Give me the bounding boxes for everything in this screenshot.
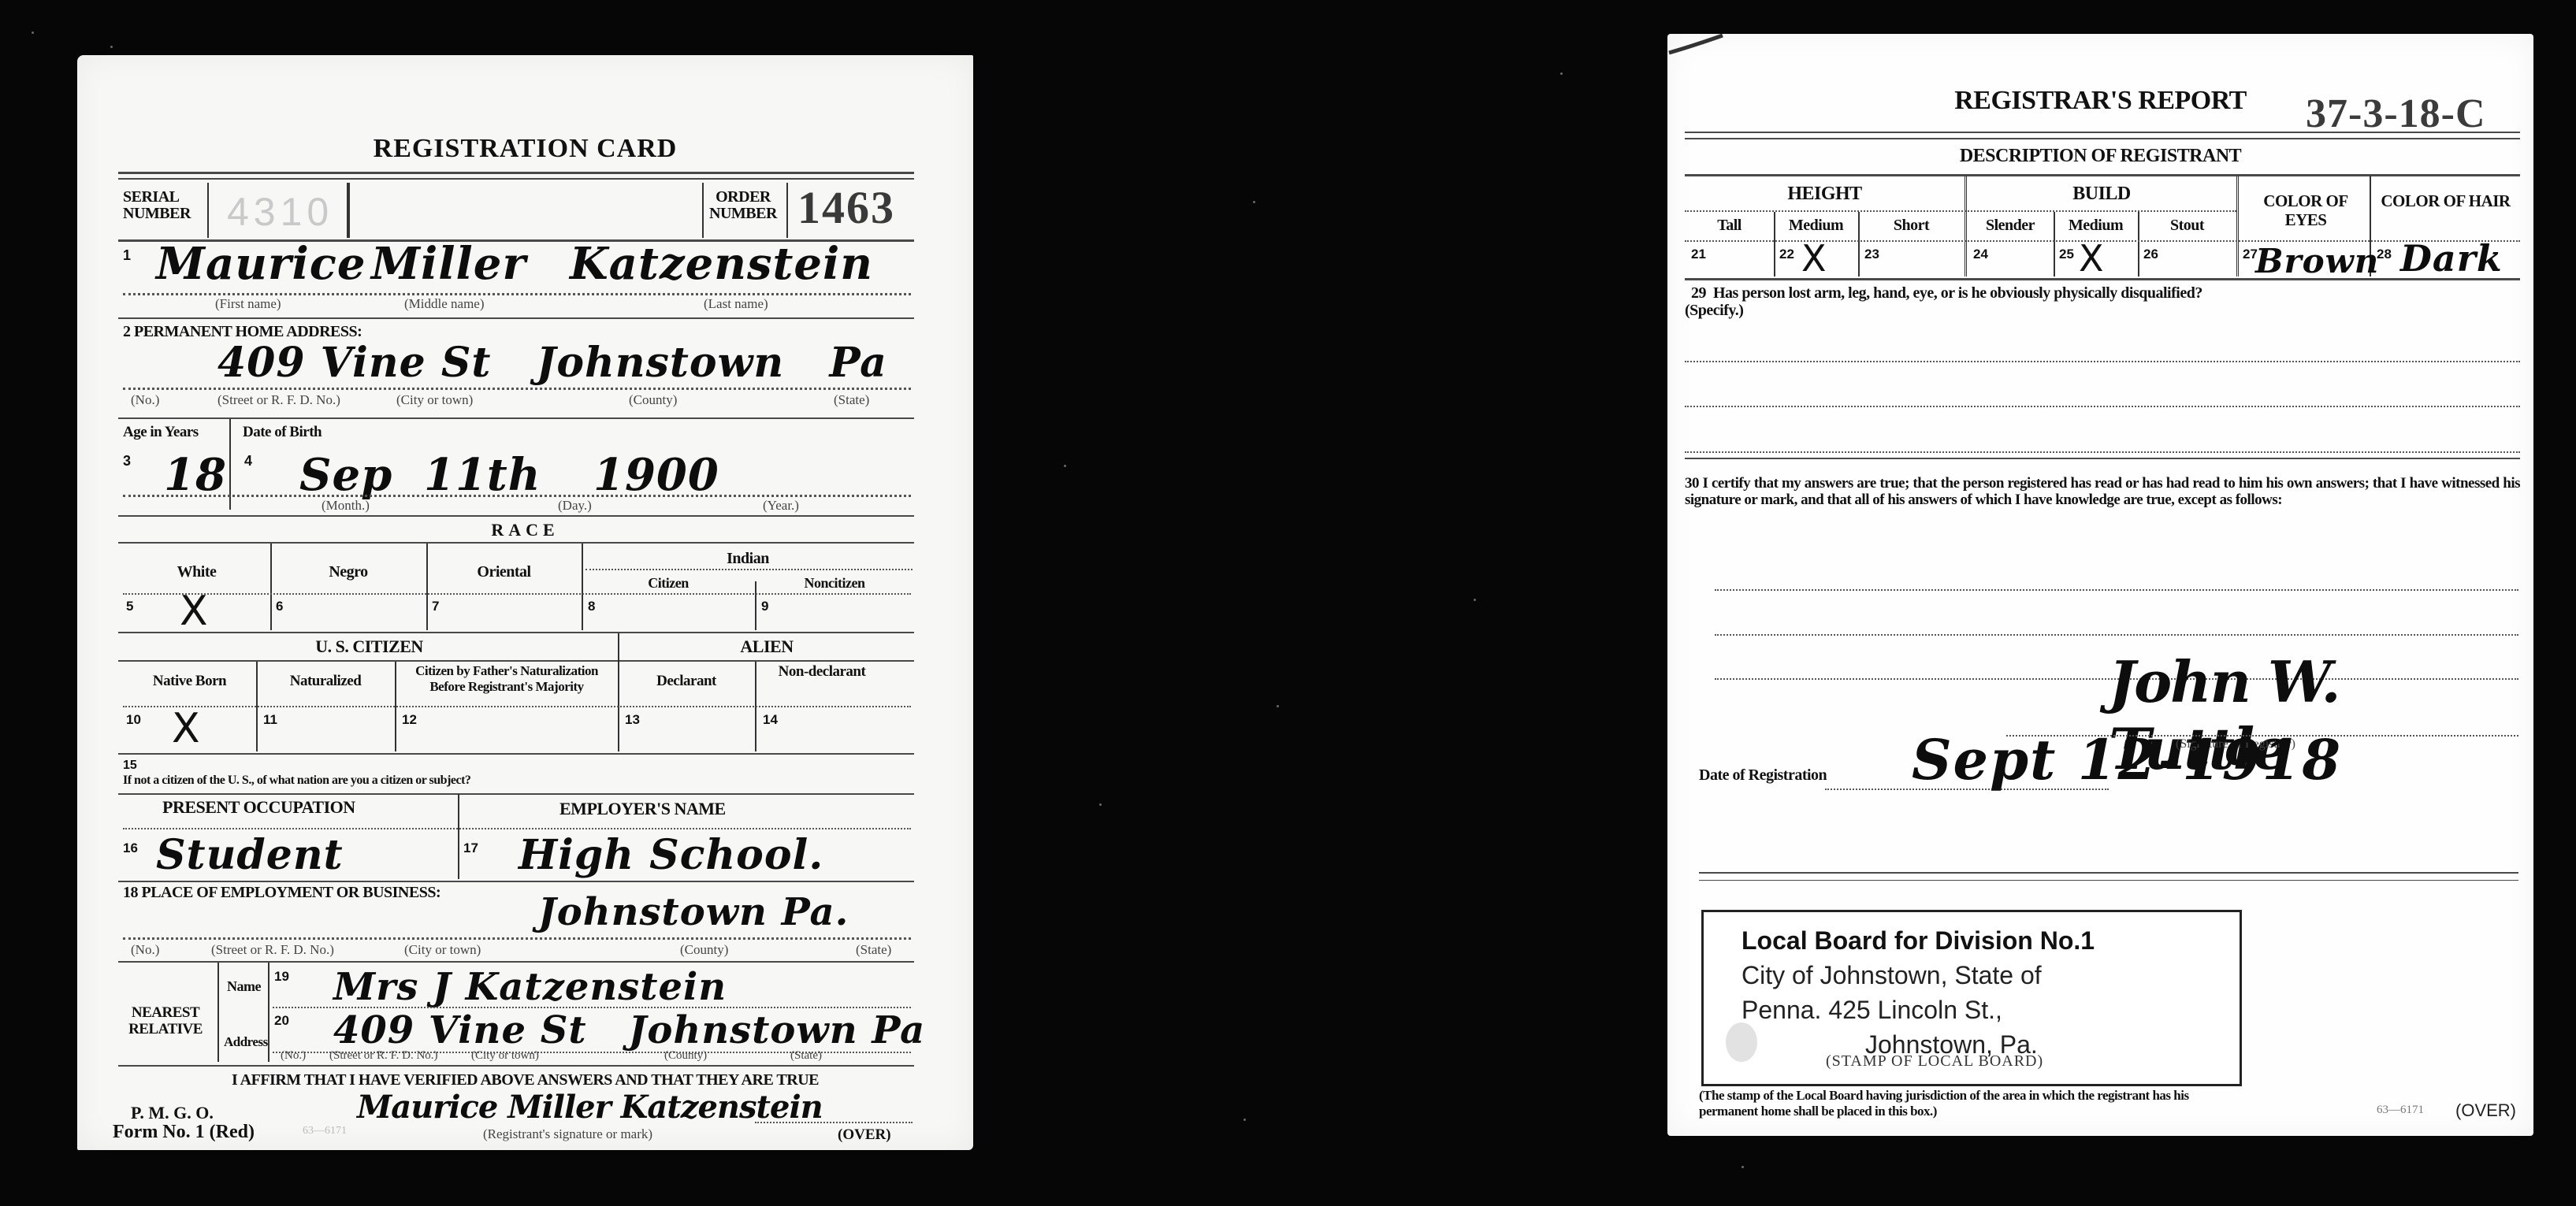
height-medium-checkmark: X: [1801, 237, 1827, 280]
background-speck: [1277, 705, 1279, 707]
race-indian-label: Indian: [582, 550, 914, 568]
field-number-28: 28: [2377, 247, 2392, 262]
description-title: DESCRIPTION OF REGISTRANT: [1667, 146, 2533, 167]
field-number-8: 8: [588, 599, 595, 614]
nationality-question: If not a citizen of the U. S., of what n…: [123, 774, 470, 788]
hair-color-value: Dark: [2400, 237, 2503, 280]
home-address-value: 409 Vine St Johnstown Pa: [217, 339, 887, 387]
first-name-label: (First name): [215, 296, 281, 312]
field-29-specify: (Specify.): [1685, 302, 1743, 320]
native-born-label: Native Born: [123, 673, 256, 690]
field-number-22: 22: [1779, 247, 1794, 262]
field-number-17: 17: [463, 840, 478, 856]
over-label: (OVER): [838, 1126, 891, 1144]
order-number-label: ORDER NUMBER: [708, 189, 779, 222]
field-number-15: 15: [123, 759, 137, 773]
corner-curl-mark: [1667, 34, 1762, 65]
age-value: 18: [164, 449, 227, 501]
field-number-14: 14: [763, 712, 778, 728]
naturalized-label: Naturalized: [256, 673, 395, 690]
alien-title: ALIEN: [619, 636, 914, 657]
field-number-16: 16: [123, 840, 138, 856]
stamp-number: 37-3-18-C: [2306, 91, 2486, 137]
dob-sublabel-year: (Year.): [763, 498, 799, 514]
dob-month-value: Sep: [299, 449, 392, 501]
address-sublabel-state: (State): [834, 392, 869, 408]
print-code: 63—6171: [303, 1125, 347, 1137]
build-slender-label: Slender: [1967, 217, 2054, 235]
build-medium-label: Medium: [2054, 217, 2138, 235]
dob-year-value: 1900: [593, 449, 719, 501]
field-number-19: 19: [274, 969, 289, 985]
registration-card: REGISTRATION CARD SERIAL NUMBER 4310 ORD…: [77, 55, 973, 1150]
build-stout-label: Stout: [2138, 217, 2236, 235]
field-30-certification: 30 I certify that my answers are true; t…: [1685, 475, 2520, 508]
race-title: RACE: [77, 520, 973, 540]
order-number-value: 1463: [797, 181, 895, 234]
relative-sublabel-city: (City or town): [471, 1049, 539, 1063]
background-speck: [1741, 1166, 1744, 1168]
background-speck: [1064, 465, 1066, 467]
middle-name-label: (Middle name): [404, 296, 485, 312]
field-number-3: 3: [123, 453, 131, 469]
serial-number-label: SERIAL NUMBER: [123, 189, 202, 222]
stamp-note: (The stamp of the Local Board having jur…: [1699, 1088, 2251, 1119]
dob-day-value: 11th: [424, 449, 541, 501]
age-label: Age in Years: [123, 424, 199, 441]
race-white-checkmark: X: [180, 588, 208, 635]
field-number-10: 10: [126, 712, 141, 728]
field-number-11: 11: [263, 712, 277, 728]
field-29-question: 29 Has person lost arm, leg, hand, eye, …: [1691, 284, 2202, 302]
background-speck: [32, 32, 34, 34]
field-number-23: 23: [1864, 247, 1879, 262]
citizen-by-father-label: Citizen by Father's Naturalization Befor…: [400, 663, 613, 695]
employment-sublabel-city: (City or town): [404, 942, 481, 958]
relative-sublabel-state: (State): [790, 1049, 822, 1063]
relative-address-label: Address: [224, 1034, 268, 1050]
address-sublabel-city: (City or town): [396, 392, 473, 408]
stamp-smudge: [1726, 1022, 1757, 1062]
stamp-line-1: Local Board for Division No.1: [1741, 926, 2095, 956]
eyes-title: COLOR OF EYES: [2243, 191, 2369, 229]
last-name-value: Katzenstein: [570, 238, 873, 290]
form-name-label: Form No. 1 (Red): [113, 1122, 255, 1143]
place-of-employment-label: 18 PLACE OF EMPLOYMENT OR BUSINESS:: [123, 884, 440, 902]
place-of-employment-value: Johnstown Pa.: [538, 890, 849, 934]
date-of-registration-value: Sept 12-1918: [1912, 727, 2342, 792]
field-number-13: 13: [625, 712, 640, 728]
race-negro-label: Negro: [270, 563, 426, 581]
field-number-6: 6: [276, 599, 283, 614]
pmgo-label: P. M. G. O.: [131, 1103, 214, 1123]
relative-sublabel-no: (No.): [281, 1049, 306, 1063]
card-title: REGISTRATION CARD: [77, 134, 973, 164]
hair-title: COLOR OF HAIR: [2373, 191, 2518, 210]
height-short-label: Short: [1858, 217, 1965, 235]
last-name-label: (Last name): [704, 296, 768, 312]
address-sublabel-no: (No.): [131, 392, 159, 408]
employer-label: EMPLOYER'S NAME: [559, 799, 726, 819]
field-number-20: 20: [274, 1013, 289, 1029]
employment-sublabel-state: (State): [856, 942, 891, 958]
stamp-line-3: Penna. 425 Lincoln St.,: [1741, 996, 2002, 1025]
build-medium-checkmark: X: [2079, 237, 2104, 280]
address-sublabel-street: (Street or R. F. D. No.): [217, 392, 340, 408]
employer-value: High School.: [519, 831, 823, 879]
serial-number-value: 4310: [227, 189, 333, 235]
local-board-stamp-box: Local Board for Division No.1 City of Jo…: [1701, 910, 2242, 1086]
background-speck: [1253, 201, 1255, 203]
background-speck: [110, 46, 113, 48]
race-indian-citizen-label: Citizen: [582, 575, 755, 592]
signature-label: (Registrant's signature or mark): [483, 1126, 652, 1142]
background-speck: [1560, 72, 1563, 75]
race-white-label: White: [123, 563, 270, 581]
registrars-report-card: REGISTRAR'S REPORT 37-3-18-C DESCRIPTION…: [1667, 34, 2533, 1136]
employment-sublabel-street: (Street or R. F. D. No.): [211, 942, 334, 958]
field-number-12: 12: [402, 712, 417, 728]
stamp-line-2: City of Johnstown, State of: [1741, 961, 2042, 990]
nearest-relative-label: NEAREST RELATIVE: [118, 1004, 213, 1037]
field-number-1: 1: [123, 247, 131, 264]
field-number-21: 21: [1691, 247, 1706, 262]
relative-name-value: Mrs J Katzenstein: [333, 965, 727, 1009]
field-number-5: 5: [126, 599, 133, 614]
dob-label: Date of Birth: [243, 424, 322, 441]
background-speck: [1243, 1119, 1246, 1121]
date-of-registration-label: Date of Registration: [1699, 766, 1827, 785]
dob-sublabel-month: (Month.): [322, 498, 370, 514]
height-medium-label: Medium: [1774, 217, 1858, 235]
field-number-25: 25: [2059, 247, 2074, 262]
field-number-9: 9: [761, 599, 768, 614]
employment-sublabel-county: (County): [680, 942, 728, 958]
field-number-4: 4: [244, 453, 252, 469]
stamp-caption: (STAMP OF LOCAL BOARD): [1826, 1052, 2043, 1071]
first-name-value: Maurice: [156, 238, 366, 290]
declarant-label: Declarant: [618, 673, 755, 690]
field-number-24: 24: [1973, 247, 1988, 262]
background-speck: [1474, 599, 1476, 601]
occupation-label: PRESENT OCCUPATION: [162, 797, 355, 818]
relative-sublabel-county: (County): [664, 1049, 707, 1063]
relative-name-label: Name: [227, 978, 261, 995]
eye-color-value: Brown: [2255, 242, 2379, 280]
affirmation-text: I AFFIRM THAT I HAVE VERIFIED ABOVE ANSW…: [77, 1071, 973, 1089]
native-born-checkmark: X: [172, 705, 200, 752]
registrant-signature: Maurice Miller Katzenstein: [357, 1089, 823, 1126]
height-title: HEIGHT: [1685, 184, 1965, 205]
relative-address-value: 409 Vine St Johnstown Pa: [333, 1008, 925, 1052]
non-declarant-label: Non-declarant: [771, 663, 873, 681]
dob-sublabel-day: (Day.): [558, 498, 592, 514]
field-number-7: 7: [432, 599, 439, 614]
us-citizen-title: U. S. CITIZEN: [123, 636, 615, 657]
report-print-code: 63—6171: [2377, 1104, 2424, 1117]
race-indian-noncitizen-label: Noncitizen: [755, 575, 914, 592]
background-speck: [1099, 803, 1102, 806]
relative-sublabel-street: (Street or R. F. D. No.): [329, 1049, 438, 1063]
employment-sublabel-no: (No.): [131, 942, 159, 958]
height-tall-label: Tall: [1685, 217, 1774, 235]
report-over-label: (OVER): [2455, 1100, 2516, 1121]
race-oriental-label: Oriental: [426, 563, 582, 581]
middle-name-value: Miller: [371, 238, 526, 290]
field-number-26: 26: [2143, 247, 2158, 262]
build-title: BUILD: [1967, 184, 2236, 205]
address-sublabel-county: (County): [629, 392, 677, 408]
occupation-value: Student: [156, 831, 344, 879]
